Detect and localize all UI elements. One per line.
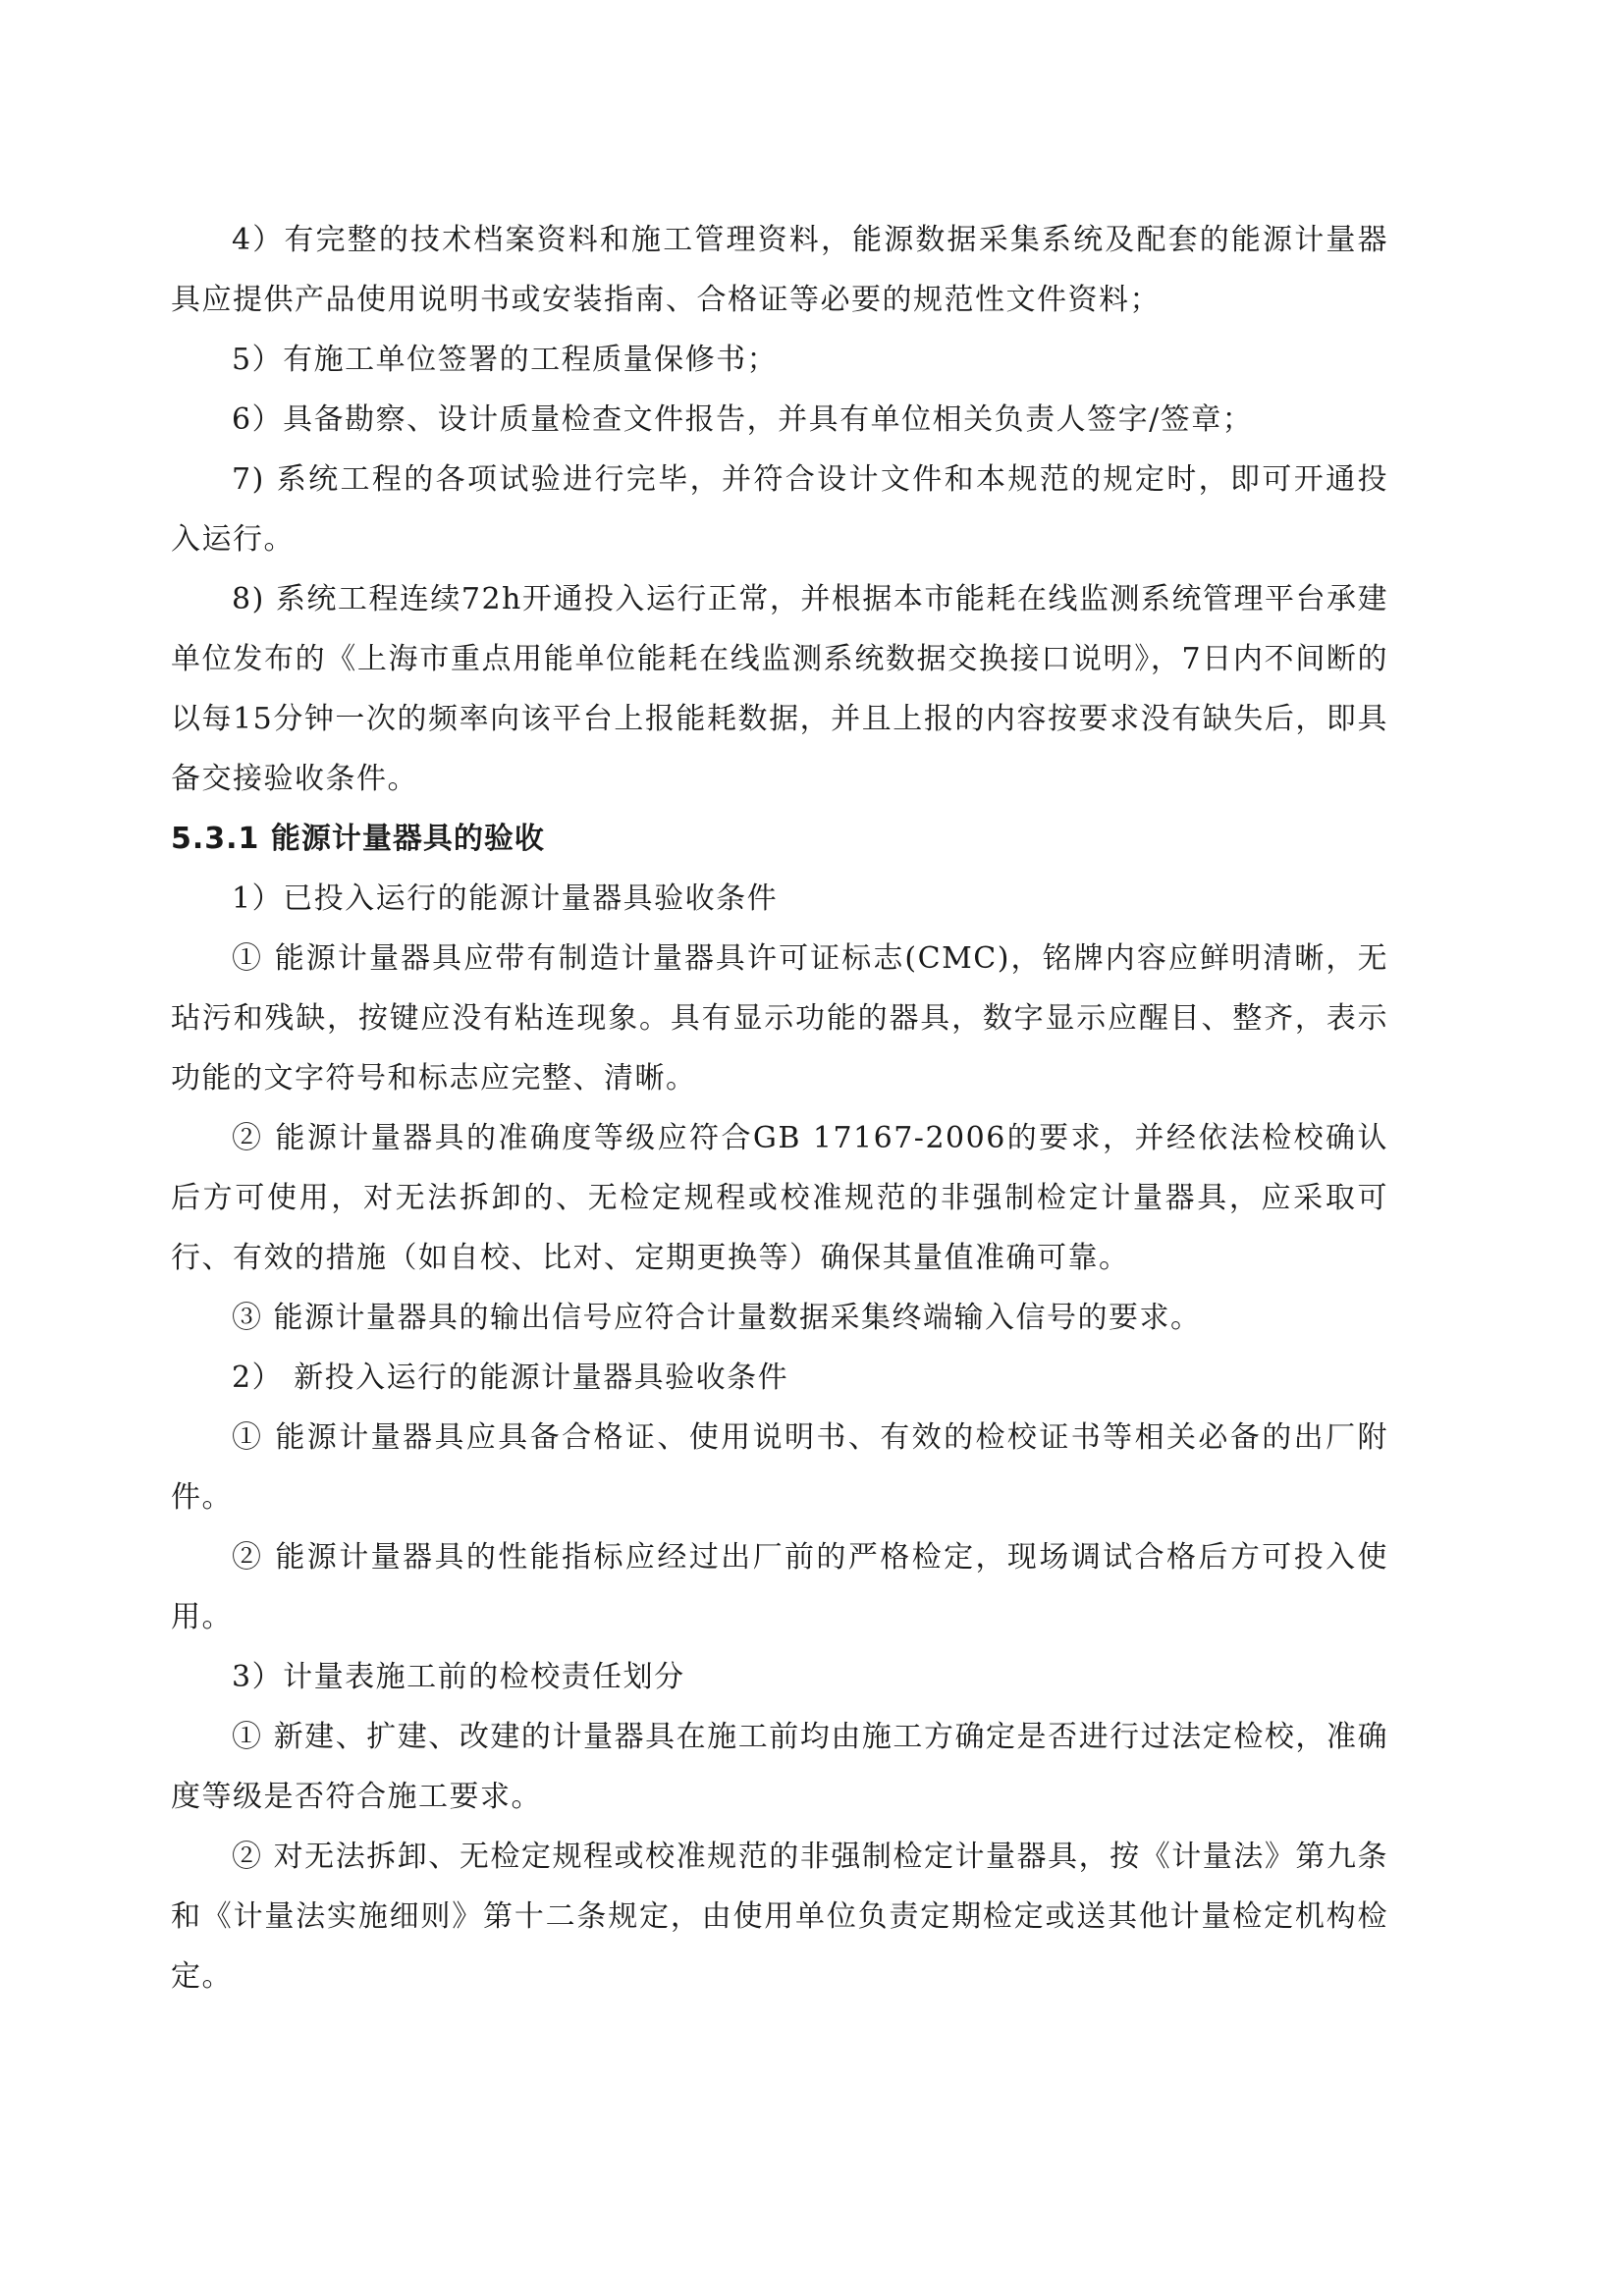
subsection-1-title: 1）已投入运行的能源计量器具验收条件 xyxy=(171,869,1388,929)
paragraph-item-5: 5）有施工单位签署的工程质量保修书； xyxy=(171,330,1388,390)
subsection-1-item-1: ① 能源计量器具应带有制造计量器具许可证标志(CMC)，铭牌内容应鲜明清晰，无玷… xyxy=(171,929,1388,1108)
subsection-3-item-1: ① 新建、扩建、改建的计量器具在施工前均由施工方确定是否进行过法定检校，准确度等… xyxy=(171,1707,1388,1827)
subsection-1-item-2: ② 能源计量器具的准确度等级应符合GB 17167-2006的要求，并经依法检校… xyxy=(171,1108,1388,1288)
subsection-2-item-2: ② 能源计量器具的性能指标应经过出厂前的严格检定，现场调试合格后方可投入使用。 xyxy=(171,1527,1388,1647)
paragraph-item-6: 6）具备勘察、设计质量检查文件报告，并具有单位相关负责人签字/签章； xyxy=(171,390,1388,450)
paragraph-item-7: 7) 系统工程的各项试验进行完毕，并符合设计文件和本规范的规定时，即可开通投入运… xyxy=(171,450,1388,569)
subsection-2-title: 2） 新投入运行的能源计量器具验收条件 xyxy=(171,1348,1388,1408)
paragraph-item-8: 8) 系统工程连续72h开通投入运行正常，并根据本市能耗在线监测系统管理平台承建… xyxy=(171,569,1388,809)
document-page: 4）有完整的技术档案资料和施工管理资料，能源数据采集系统及配套的能源计量器具应提… xyxy=(171,210,1388,2006)
subsection-2-item-1: ① 能源计量器具应具备合格证、使用说明书、有效的检校证书等相关必备的出厂附件。 xyxy=(171,1408,1388,1527)
section-heading: 5.3.1 能源计量器具的验收 xyxy=(171,809,1388,869)
subsection-3-item-2: ② 对无法拆卸、无检定规程或校准规范的非强制检定计量器具，按《计量法》第九条和《… xyxy=(171,1827,1388,2006)
paragraph-item-4: 4）有完整的技术档案资料和施工管理资料，能源数据采集系统及配套的能源计量器具应提… xyxy=(171,210,1388,330)
subsection-1-item-3: ③ 能源计量器具的输出信号应符合计量数据采集终端输入信号的要求。 xyxy=(171,1288,1388,1348)
subsection-3-title: 3）计量表施工前的检校责任划分 xyxy=(171,1647,1388,1707)
